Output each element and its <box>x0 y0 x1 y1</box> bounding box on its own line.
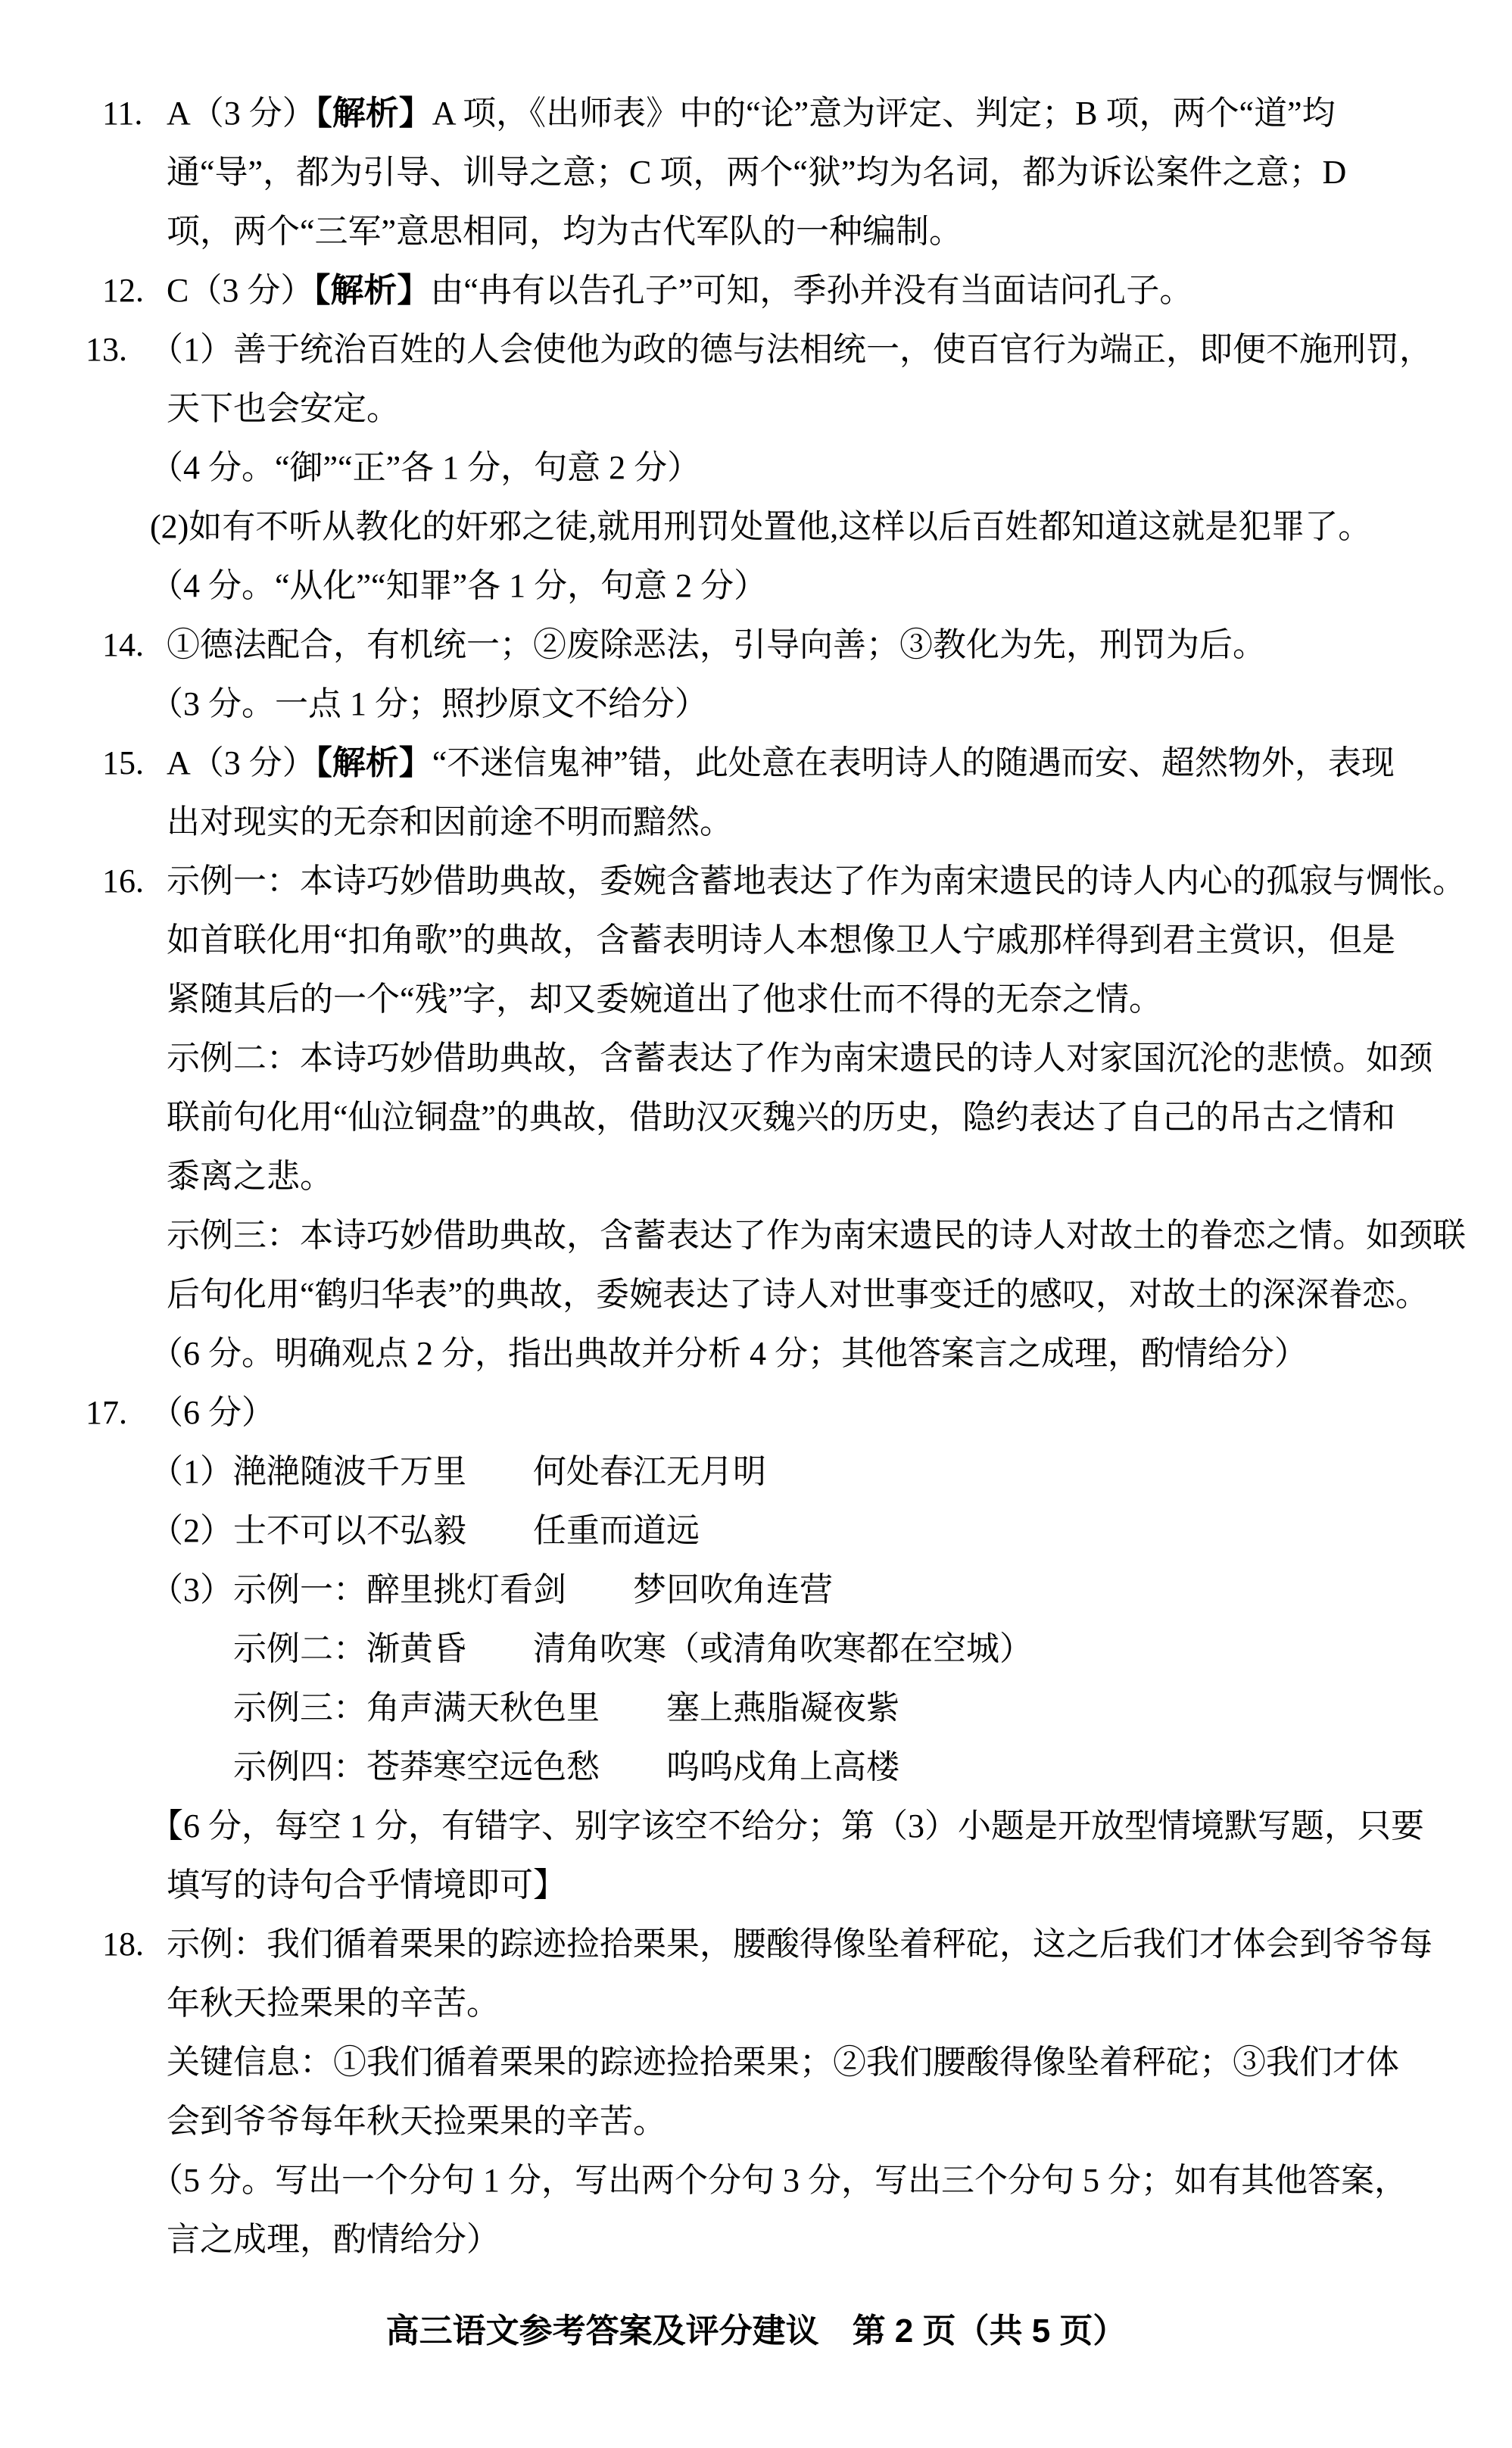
line-text: 【6 分，每空 1 分，有错字、别字该空不给分；第（3）小题是开放型情境默写题，… <box>150 1807 1424 1845</box>
text-line: （5 分。写出一个分句 1 分，写出两个分句 3 分，写出三个分句 5 分；如有… <box>0 2151 1512 2210</box>
item-number: 14. <box>102 616 144 675</box>
text-line: 13.（1）善于统治百姓的人会使他为政的德与法相统一，使百官行为端正，即便不施刑… <box>0 320 1512 379</box>
line-text: 示例：我们循着栗果的踪迹捡拾栗果，腰酸得像坠着秤砣，这之后我们才体会到爷爷每 <box>167 1926 1433 1963</box>
text-line: 12.C（3 分）【解析】由“冉有以告孔子”可知，季孙并没有当面诘问孔子。 <box>0 261 1512 320</box>
line-text: A（3 分） <box>167 95 316 132</box>
line-text: （5 分。写出一个分句 1 分，写出两个分句 3 分，写出三个分句 5 分；如有… <box>150 2162 1408 2199</box>
text-line: （2）士不可以不弘毅 任重而道远 <box>0 1502 1512 1561</box>
line-text: （3）示例一：醉里挑灯看剑 梦回吹角连营 <box>150 1571 833 1608</box>
text-line: 【6 分，每空 1 分，有错字、别字该空不给分；第（3）小题是开放型情境默写题，… <box>0 1797 1512 1856</box>
text-line: 18.示例：我们循着栗果的踪迹捡拾栗果，腰酸得像坠着秤砣，这之后我们才体会到爷爷… <box>0 1915 1512 1974</box>
line-text: （2）士不可以不弘毅 任重而道远 <box>150 1512 700 1549</box>
item-number: 13. <box>102 320 127 379</box>
line-text: 言之成理，酌情给分） <box>167 2221 500 2258</box>
item-number: 17. <box>102 1383 127 1442</box>
line-text: 黍离之悲。 <box>167 1158 333 1195</box>
text-line: 示例二：本诗巧妙借助典故，含蓄表达了作为南宋遗民的诗人对家国沉沦的悲愤。如颈 <box>0 1029 1512 1088</box>
line-text: （1）善于统治百姓的人会使他为政的德与法相统一，使百官行为端正，即便不施刑罚， <box>150 331 1433 368</box>
line-text: 示例四：苍莽寒空远色愁 呜呜戍角上高楼 <box>233 1748 899 1785</box>
text-line: （4 分。“从化”“知罪”各 1 分，句意 2 分） <box>0 557 1512 616</box>
document-body: 11.A（3 分）【解析】A 项，《出师表》中的“论”意为评定、判定；B 项，两… <box>0 84 1512 2269</box>
text-line: 示例三：角声满天秋色里 塞上燕脂凝夜紫 <box>0 1679 1512 1738</box>
item-number: 18. <box>102 1915 144 1974</box>
line-text: （6 分。明确观点 2 分，指出典故并分析 4 分；其他答案言之成理，酌情给分） <box>150 1335 1308 1372</box>
line-text: 示例一：本诗巧妙借助典故，委婉含蓄地表达了作为南宋遗民的诗人内心的孤寂与惆怅。 <box>167 862 1466 900</box>
text-line: 14.①德法配合，有机统一；②废除恶法，引导向善；③教化为先，刑罚为后。 <box>0 616 1512 675</box>
line-text: 填写的诗句合乎情境即可】 <box>167 1866 566 1904</box>
line-text: 联前句化用“仙泣铜盘”的典故，借助汉灭魏兴的历史，隐约表达了自己的吊古之情和 <box>167 1099 1395 1136</box>
text-line: 通“导”，都为引导、训导之意；C 项，两个“狱”均为名词，都为诉讼案件之意；D <box>0 143 1512 202</box>
text-line: (2)如有不听从教化的奸邪之徒,就用刑罚处置他,这样以后百姓都知道这就是犯罪了。 <box>0 497 1512 557</box>
line-text: （4 分。“御”“正”各 1 分，句意 2 分） <box>150 449 700 486</box>
emphasis-label: 【解析】 <box>316 744 432 781</box>
text-line: （6 分。明确观点 2 分，指出典故并分析 4 分；其他答案言之成理，酌情给分） <box>0 1324 1512 1383</box>
emphasis-label: 【解析】 <box>316 95 432 132</box>
text-line: 年秋天捡栗果的辛苦。 <box>0 1974 1512 2033</box>
text-line: 紧随其后的一个“残”字，却又委婉道出了他求仕而不得的无奈之情。 <box>0 970 1512 1029</box>
answer-key-page: 11.A（3 分）【解析】A 项，《出师表》中的“论”意为评定、判定；B 项，两… <box>0 0 1512 2448</box>
text-line: （4 分。“御”“正”各 1 分，句意 2 分） <box>0 438 1512 497</box>
text-line: 关键信息：①我们循着栗果的踪迹捡拾栗果；②我们腰酸得像坠着秤砣；③我们才体 <box>0 2033 1512 2092</box>
line-text: 年秋天捡栗果的辛苦。 <box>167 1985 500 2022</box>
item-number: 12. <box>102 261 144 320</box>
line-text: 紧随其后的一个“残”字，却又委婉道出了他求仕而不得的无奈之情。 <box>167 981 1162 1018</box>
item-number: 16. <box>102 852 144 911</box>
line-text: （4 分。“从化”“知罪”各 1 分，句意 2 分） <box>150 567 767 604</box>
text-line: 16.示例一：本诗巧妙借助典故，委婉含蓄地表达了作为南宋遗民的诗人内心的孤寂与惆… <box>0 852 1512 911</box>
line-text: A（3 分） <box>167 744 316 781</box>
line-text: 项，两个“三军”意思相同，均为古代军队的一种编制。 <box>167 213 962 250</box>
line-text: 如首联化用“扣角歌”的典故，含蓄表明诗人本想像卫人宁戚那样得到君主赏识，但是 <box>167 922 1395 959</box>
line-text: (2)如有不听从教化的奸邪之徒,就用刑罚处置他,这样以后百姓都知道这就是犯罪了。 <box>150 508 1371 545</box>
line-text: 示例二：本诗巧妙借助典故，含蓄表达了作为南宋遗民的诗人对家国沉沦的悲愤。如颈 <box>167 1040 1433 1077</box>
line-text: 后句化用“鹤归华表”的典故，委婉表达了诗人对世事变迁的感叹，对故土的深深眷恋。 <box>167 1276 1429 1313</box>
text-line: 会到爷爷每年秋天捡栗果的辛苦。 <box>0 2092 1512 2151</box>
line-text: 天下也会安定。 <box>167 390 400 427</box>
text-line: 示例三：本诗巧妙借助典故，含蓄表达了作为南宋遗民的诗人对故土的眷恋之情。如颈联 <box>0 1206 1512 1265</box>
line-text: 由“冉有以告孔子”可知，季孙并没有当面诘问孔子。 <box>430 272 1192 309</box>
line-text: （6 分） <box>150 1394 275 1431</box>
page-footer: 高三语文参考答案及评分建议 第 2 页（共 5 页） <box>0 2302 1512 2361</box>
text-line: 联前句化用“仙泣铜盘”的典故，借助汉灭魏兴的历史，隐约表达了自己的吊古之情和 <box>0 1088 1512 1147</box>
emphasis-label: 【解析】 <box>313 272 430 309</box>
item-number: 15. <box>102 734 144 793</box>
line-text: 会到爷爷每年秋天捡栗果的辛苦。 <box>167 2103 666 2140</box>
line-text: 出对现实的无奈和因前途不明而黯然。 <box>167 803 733 840</box>
line-text: 关键信息：①我们循着栗果的踪迹捡拾栗果；②我们腰酸得像坠着秤砣；③我们才体 <box>167 2044 1399 2081</box>
text-line: 出对现实的无奈和因前途不明而黯然。 <box>0 793 1512 852</box>
line-text: 通“导”，都为引导、训导之意；C 项，两个“狱”均为名词，都为诉讼案件之意；D <box>167 154 1346 191</box>
line-text: 示例三：角声满天秋色里 塞上燕脂凝夜紫 <box>233 1689 899 1726</box>
text-line: 示例二：渐黄昏 清角吹寒（或清角吹寒都在空城） <box>0 1620 1512 1679</box>
text-line: 后句化用“鹤归华表”的典故，委婉表达了诗人对世事变迁的感叹，对故土的深深眷恋。 <box>0 1265 1512 1324</box>
text-line: 如首联化用“扣角歌”的典故，含蓄表明诗人本想像卫人宁戚那样得到君主赏识，但是 <box>0 911 1512 970</box>
text-line: 填写的诗句合乎情境即可】 <box>0 1856 1512 1915</box>
line-text: 示例二：渐黄昏 清角吹寒（或清角吹寒都在空城） <box>233 1630 1033 1667</box>
line-text: C（3 分） <box>167 272 313 309</box>
text-line: （3）示例一：醉里挑灯看剑 梦回吹角连营 <box>0 1561 1512 1620</box>
line-text: “不迷信鬼神”错，此处意在表明诗人的随遇而安、超然物外，表现 <box>432 744 1395 781</box>
line-text: （3 分。一点 1 分；照抄原文不给分） <box>150 685 708 722</box>
text-line: 17.（6 分） <box>0 1383 1512 1442</box>
text-line: 黍离之悲。 <box>0 1147 1512 1206</box>
text-line: 项，两个“三军”意思相同，均为古代军队的一种编制。 <box>0 202 1512 261</box>
text-line: 言之成理，酌情给分） <box>0 2210 1512 2269</box>
line-text: A 项，《出师表》中的“论”意为评定、判定；B 项，两个“道”均 <box>432 95 1336 132</box>
line-text: ①德法配合，有机统一；②废除恶法，引导向善；③教化为先，刑罚为后。 <box>167 626 1266 663</box>
line-text: （1）滟滟随波千万里 何处春江无月明 <box>150 1453 766 1490</box>
item-number: 11. <box>102 84 142 143</box>
line-text: 示例三：本诗巧妙借助典故，含蓄表达了作为南宋遗民的诗人对故土的眷恋之情。如颈联 <box>167 1217 1466 1254</box>
text-line: 示例四：苍莽寒空远色愁 呜呜戍角上高楼 <box>0 1738 1512 1797</box>
text-line: （1）滟滟随波千万里 何处春江无月明 <box>0 1442 1512 1502</box>
text-line: 15.A（3 分）【解析】“不迷信鬼神”错，此处意在表明诗人的随遇而安、超然物外… <box>0 734 1512 793</box>
text-line: 天下也会安定。 <box>0 379 1512 438</box>
text-line: （3 分。一点 1 分；照抄原文不给分） <box>0 675 1512 734</box>
text-line: 11.A（3 分）【解析】A 项，《出师表》中的“论”意为评定、判定；B 项，两… <box>0 84 1512 143</box>
